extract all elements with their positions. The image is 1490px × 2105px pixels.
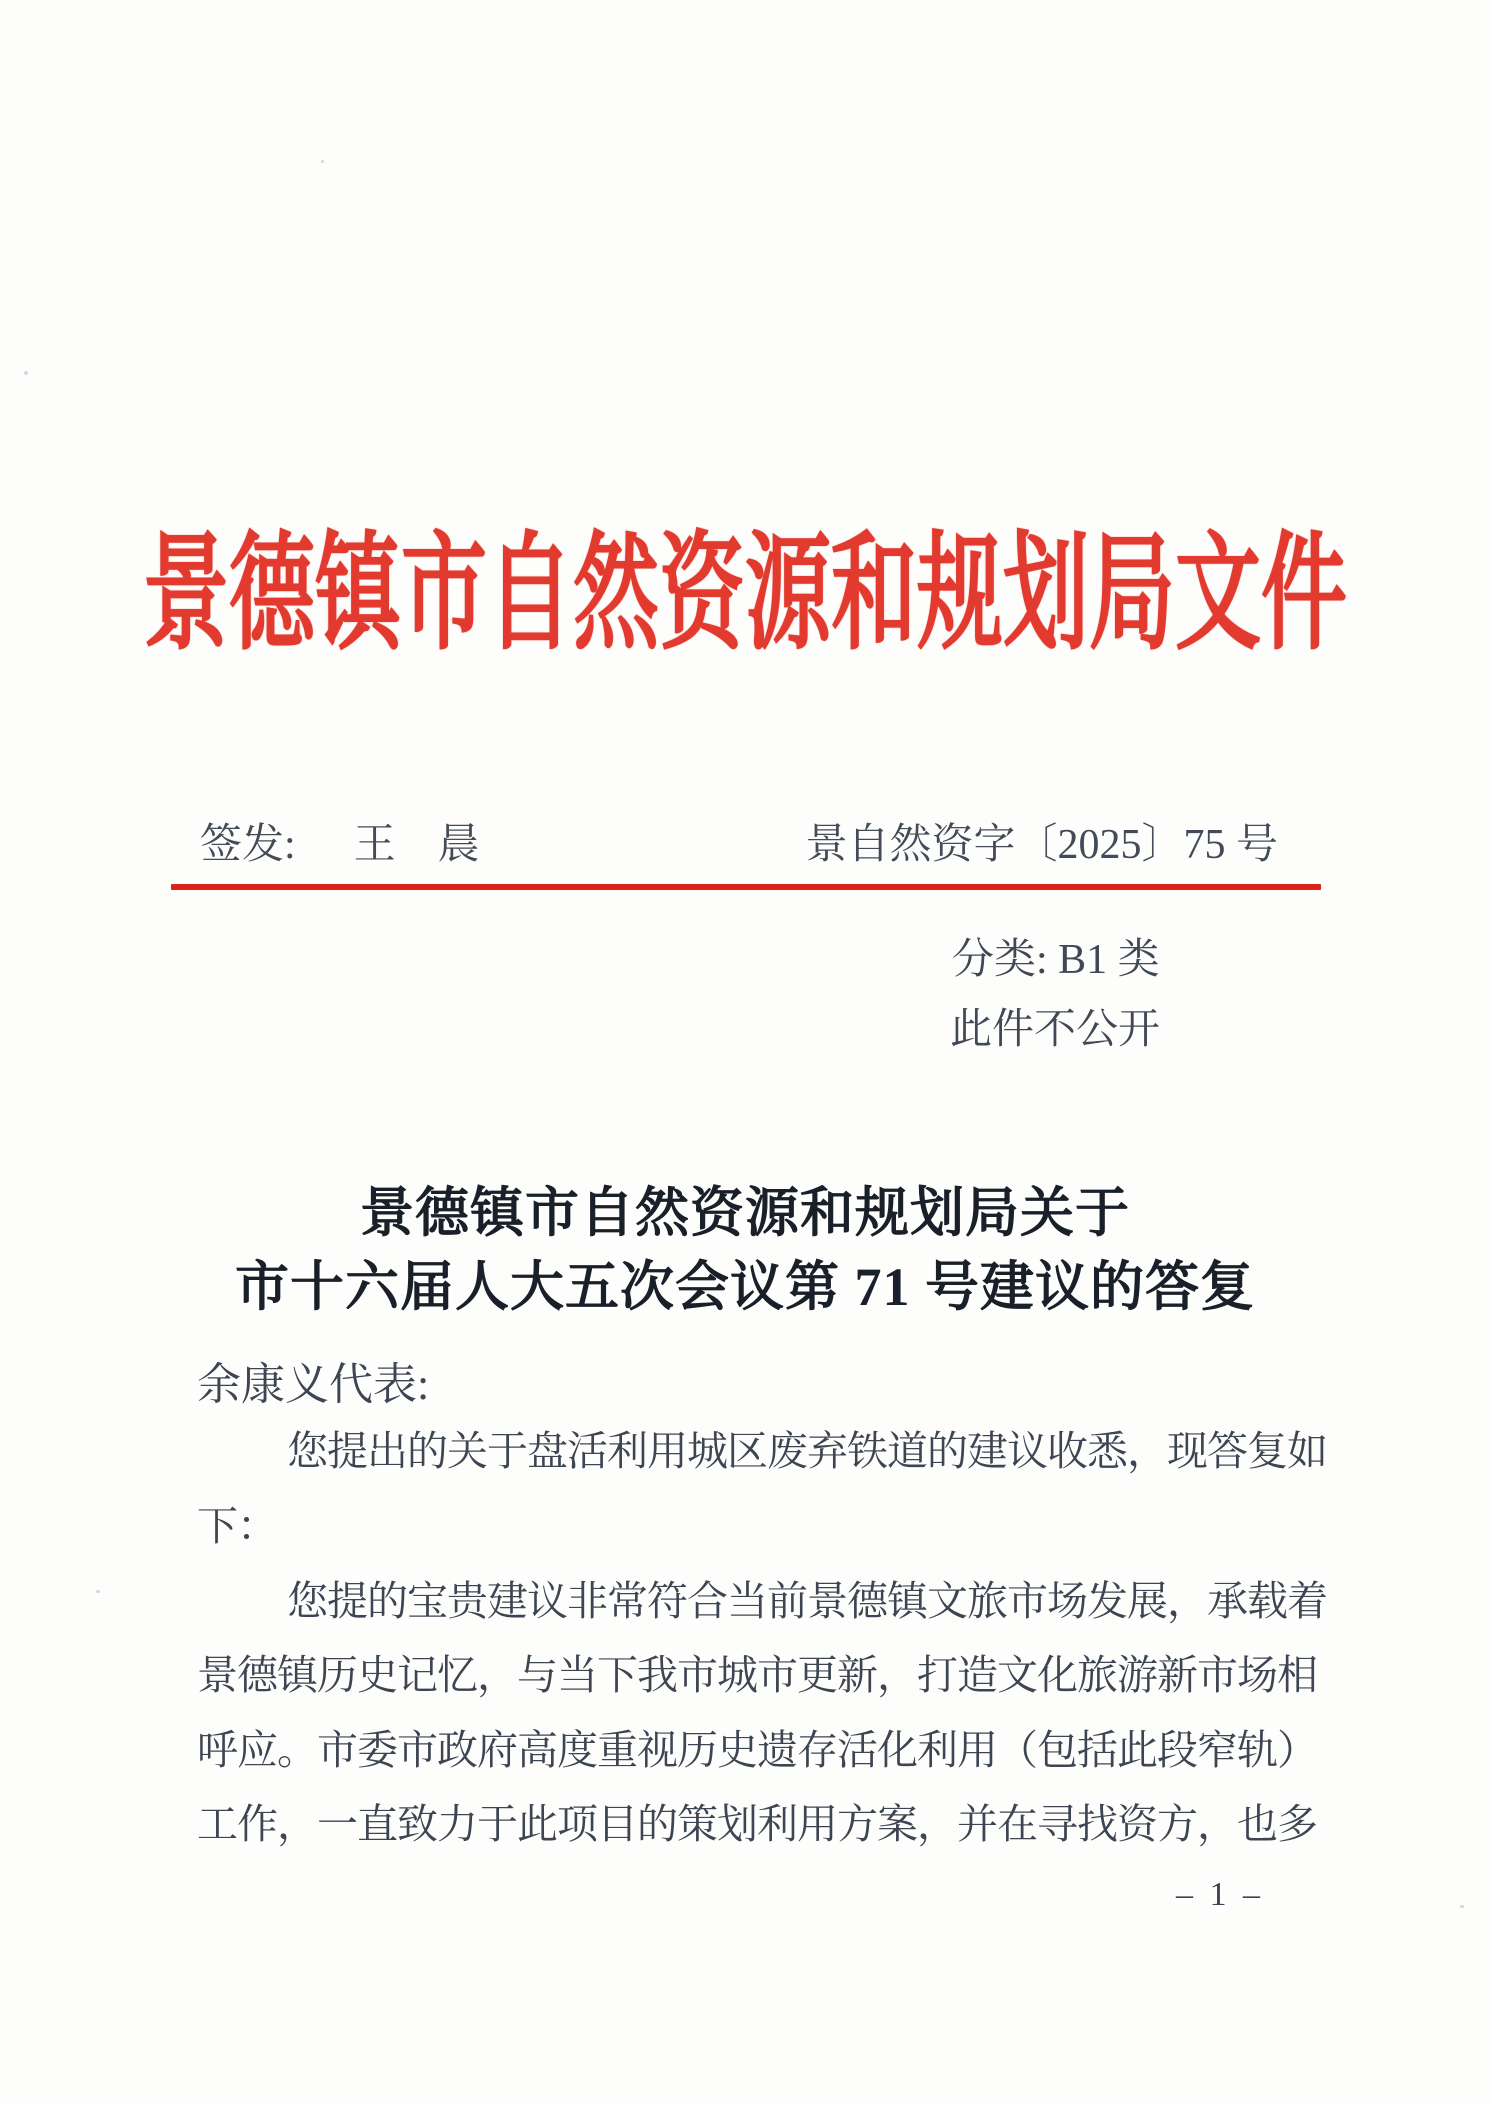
document-number: 景自然资字〔2025〕75 号: [805, 820, 1278, 870]
letterhead-title: 景德镇市自然资源和规划局文件: [0, 527, 1490, 660]
classification-label: 分类: B1 类: [952, 926, 1160, 986]
red-divider-line: [171, 884, 1321, 890]
issuer-name: 王 晨: [354, 822, 480, 868]
para1-line1: 您提出的关于盘活利用城区废弃铁道的建议收悉，现答复如: [287, 1426, 1327, 1476]
scanned-official-document: { "document": { "letterhead_title": "景德镇…: [0, 0, 1490, 2105]
scan-speck: [96, 1590, 100, 1593]
scan-speck: [1460, 1905, 1464, 1908]
para2-line4: 工作，一直致力于此项目的策划利用方案，并在寻找资方，也多: [197, 1799, 1317, 1849]
para2-line3: 呼应。市委市政府高度重视历史遗存活化利用（包括此段窄轨）: [197, 1725, 1317, 1775]
issuer-group: 签发:王 晨: [200, 820, 480, 870]
scan-speck: [24, 371, 28, 375]
document-title: 景德镇市自然资源和规划局关于 市十六届人大五次会议第 71 号建议的答复: [0, 1176, 1490, 1324]
para2-line2: 景德镇历史记忆，与当下我市城市更新，打造文化旅游新市场相: [197, 1650, 1317, 1700]
para2-line1: 您提的宝贵建议非常符合当前景德镇文旅市场发展，承载着: [287, 1576, 1327, 1626]
scan-speck: [321, 160, 324, 163]
para1-line2: 下：: [197, 1501, 277, 1551]
document-title-line1: 景德镇市自然资源和规划局关于: [0, 1176, 1490, 1250]
issuer-label: 签发:: [200, 822, 296, 868]
issuer-row: 签发:王 晨 景自然资字〔2025〕75 号: [200, 820, 1278, 870]
salutation: 余康义代表:: [197, 1348, 429, 1412]
confidentiality-notice: 此件不公开: [950, 996, 1160, 1056]
page-number: – 1 –: [1176, 1876, 1264, 1914]
document-title-line2: 市十六届人大五次会议第 71 号建议的答复: [0, 1250, 1490, 1324]
